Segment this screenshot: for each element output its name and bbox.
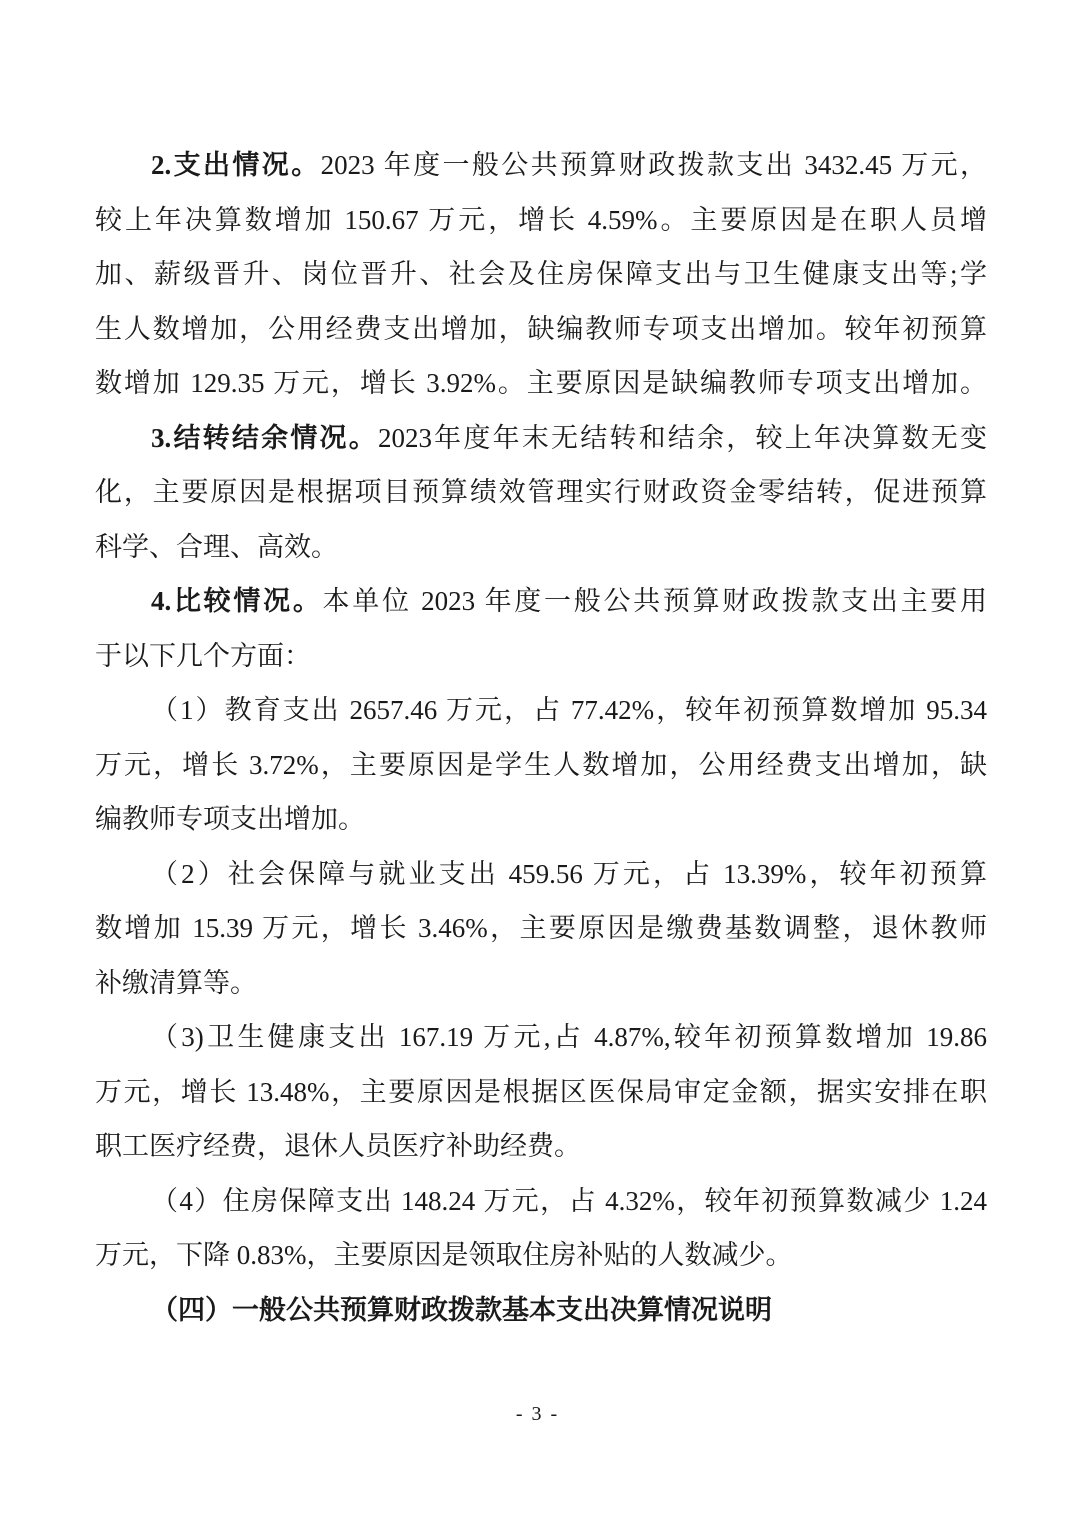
line-text: 职工医疗经费，退休人员医疗补助经费。 bbox=[95, 1131, 581, 1161]
line-text: 万元，增长 3.72%，主要原因是学生人数增加，公用经费支出增加，缺 bbox=[95, 750, 987, 780]
text-line: 万元，下降 0.83%，主要原因是领取住房补贴的人数减少。 bbox=[95, 1228, 987, 1283]
page-number: - 3 - bbox=[516, 1403, 559, 1425]
line-text: 于以下几个方面： bbox=[95, 641, 311, 671]
section-heading: 2.支出情况。 bbox=[151, 150, 321, 180]
text-line: 万元，增长 3.72%，主要原因是学生人数增加，公用经费支出增加，缺 bbox=[95, 738, 987, 793]
text-line: （3)卫生健康支出 167.19 万元,占 4.87%,较年初预算数增加 19.… bbox=[95, 1010, 987, 1065]
line-text: （4）住房保障支出 148.24 万元，占 4.32%，较年初预算数减少 1.2… bbox=[151, 1186, 987, 1216]
text-line: 生人数增加，公用经费支出增加，缺编教师专项支出增加。较年初预算 bbox=[95, 302, 987, 357]
text-line: 数增加 129.35 万元，增长 3.92%。主要原因是缺编教师专项支出增加。 bbox=[95, 356, 987, 411]
line-text: 科学、合理、高效。 bbox=[95, 532, 338, 562]
text-line: 3.结转结余情况。2023年度年末无结转和结余，较上年决算数无变 bbox=[95, 411, 987, 466]
text-line: 编教师专项支出增加。 bbox=[95, 792, 987, 847]
document-body: 2.支出情况。2023 年度一般公共预算财政拨款支出 3432.45 万元，较上… bbox=[95, 138, 987, 1337]
line-text: 万元，下降 0.83%，主要原因是领取住房补贴的人数减少。 bbox=[95, 1240, 793, 1270]
text-line: 科学、合理、高效。 bbox=[95, 520, 987, 575]
text-line: 于以下几个方面： bbox=[95, 629, 987, 684]
text-line: （4）住房保障支出 148.24 万元，占 4.32%，较年初预算数减少 1.2… bbox=[95, 1174, 987, 1229]
line-text: 编教师专项支出增加。 bbox=[95, 804, 365, 834]
line-text: （1）教育支出 2657.46 万元，占 77.42%，较年初预算数增加 95.… bbox=[151, 695, 987, 725]
line-text: 数增加 15.39 万元，增长 3.46%，主要原因是缴费基数调整，退休教师 bbox=[95, 913, 987, 943]
text-line: 4.比较情况。本单位 2023 年度一般公共预算财政拨款支出主要用 bbox=[95, 574, 987, 629]
line-text: 较上年决算数增加 150.67 万元，增长 4.59%。主要原因是在职人员增 bbox=[95, 205, 987, 235]
page-footer: - 3 - bbox=[0, 1403, 1075, 1426]
line-text: 2023年度年末无结转和结余，较上年决算数无变 bbox=[378, 423, 987, 453]
text-line: 化，主要原因是根据项目预算绩效管理实行财政资金零结转，促进预算 bbox=[95, 465, 987, 520]
line-text: 加、薪级晋升、岗位晋升、社会及住房保障支出与卫生健康支出等;学 bbox=[95, 259, 987, 289]
line-text: 补缴清算等。 bbox=[95, 968, 257, 998]
line-text: （2）社会保障与就业支出 459.56 万元，占 13.39%，较年初预算 bbox=[151, 859, 987, 889]
text-line: （1）教育支出 2657.46 万元，占 77.42%，较年初预算数增加 95.… bbox=[95, 683, 987, 738]
line-text: 万元，增长 13.48%，主要原因是根据区医保局审定金额，据实安排在职 bbox=[95, 1077, 987, 1107]
text-line: 2.支出情况。2023 年度一般公共预算财政拨款支出 3432.45 万元， bbox=[95, 138, 987, 193]
section-heading: 3.结转结余情况。 bbox=[151, 423, 378, 453]
line-text: 生人数增加，公用经费支出增加，缺编教师专项支出增加。较年初预算 bbox=[95, 314, 987, 344]
text-line: 较上年决算数增加 150.67 万元，增长 4.59%。主要原因是在职人员增 bbox=[95, 193, 987, 248]
line-text: 化，主要原因是根据项目预算绩效管理实行财政资金零结转，促进预算 bbox=[95, 477, 987, 507]
section-heading: （四）一般公共预算财政拨款基本支出决算情况说明 bbox=[151, 1295, 772, 1325]
text-line: 万元，增长 13.48%，主要原因是根据区医保局审定金额，据实安排在职 bbox=[95, 1065, 987, 1120]
text-line: （四）一般公共预算财政拨款基本支出决算情况说明 bbox=[95, 1283, 987, 1338]
text-line: （2）社会保障与就业支出 459.56 万元，占 13.39%，较年初预算 bbox=[95, 847, 987, 902]
text-line: 加、薪级晋升、岗位晋升、社会及住房保障支出与卫生健康支出等;学 bbox=[95, 247, 987, 302]
text-line: 补缴清算等。 bbox=[95, 956, 987, 1011]
section-heading: 4.比较情况。 bbox=[151, 586, 323, 616]
line-text: 2023 年度一般公共预算财政拨款支出 3432.45 万元， bbox=[321, 150, 987, 180]
line-text: （3)卫生健康支出 167.19 万元,占 4.87%,较年初预算数增加 19.… bbox=[151, 1022, 987, 1052]
text-line: 数增加 15.39 万元，增长 3.46%，主要原因是缴费基数调整，退休教师 bbox=[95, 901, 987, 956]
line-text: 数增加 129.35 万元，增长 3.92%。主要原因是缺编教师专项支出增加。 bbox=[95, 368, 987, 398]
document-page: 2.支出情况。2023 年度一般公共预算财政拨款支出 3432.45 万元，较上… bbox=[0, 0, 1075, 1520]
line-text: 本单位 2023 年度一般公共预算财政拨款支出主要用 bbox=[323, 586, 987, 616]
text-line: 职工医疗经费，退休人员医疗补助经费。 bbox=[95, 1119, 987, 1174]
